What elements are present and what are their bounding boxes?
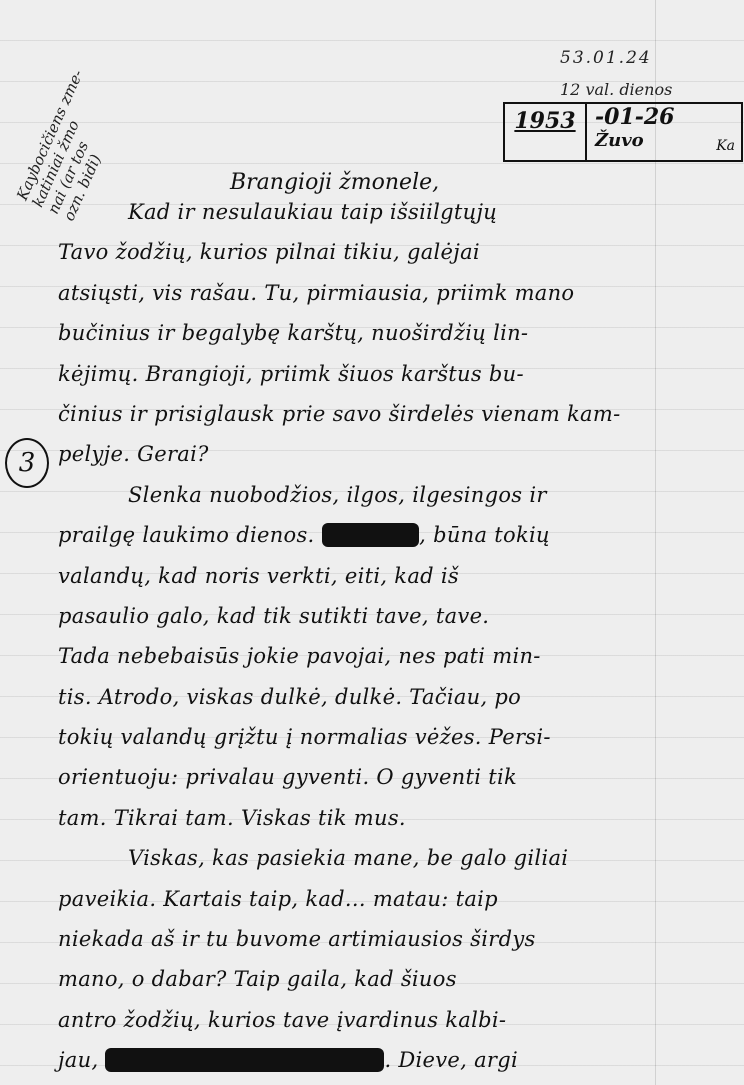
text-line: mano, o dabar? Taip gaila, kad šiuos [58, 959, 738, 999]
text-line: niekada aš ir tu buvome artimiausios šir… [58, 919, 738, 959]
text-line: pelyje. Gerai? [58, 434, 738, 474]
received-year: 1953 [505, 104, 587, 160]
letter-page: Kaybocičiens zme- katiniai žmo nai (ar t… [0, 0, 744, 1085]
text-line: jau, . Dieve, argi [58, 1040, 738, 1080]
text-line: tis. Atrodo, viskas dulkė, dulkė. Tačiau… [58, 677, 738, 717]
time-written: 12 val. dienos [560, 80, 672, 99]
received-date: -01-26 [595, 104, 741, 130]
text-line: Viskas, kas pasiekia mane, be galo gilia… [58, 838, 738, 878]
text-line: antro žodžių, kurios tave įvardinus kalb… [58, 1000, 738, 1040]
text-line: Slenka nuobodžios, ilgos, ilgesingos ir [58, 475, 738, 515]
text-line: bučinius ir begalybę karštų, nuoširdžių … [58, 313, 738, 353]
struck-out-text [105, 1048, 384, 1072]
received-signature: Ka [716, 138, 735, 154]
text-line: kėjimų. Brangioji, priimk šiuos karštus … [58, 354, 738, 394]
text-line: orientuoju: privalau gyventi. O gyventi … [58, 757, 738, 797]
date-written: 53.01.24 [560, 48, 652, 68]
text-line: valandų, kad noris verkti, eiti, kad iš [58, 556, 738, 596]
text-line: Tada nebebaisūs jokie pavojai, nes pati … [58, 636, 738, 676]
struck-out-text [322, 523, 420, 547]
page-number-circle: 3 [5, 438, 49, 488]
letter-body: Kad ir nesulaukiau taip išsiilgtųjų Tavo… [58, 192, 738, 1081]
text-line: Kad ir nesulaukiau taip išsiilgtųjų [58, 192, 738, 232]
text-line: tam. Tikrai tam. Viskas tik mus. [58, 798, 738, 838]
text-line: pasaulio galo, kad tik sutikti tave, tav… [58, 596, 738, 636]
text-line: atsiųsti, vis rašau. Tu, pirmiausia, pri… [58, 273, 738, 313]
text-line: tokių valandų grįžtu į normalias vėžes. … [58, 717, 738, 757]
received-stamp: 1953 -01-26 Žuvo Ka [503, 102, 743, 162]
text-line: Tavo žodžių, kurios pilnai tikiu, galėja… [58, 232, 738, 272]
text-line: prailgę laukimo dienos. , būna tokių [58, 515, 738, 555]
text-line: činius ir prisiglausk prie savo širdelės… [58, 394, 738, 434]
text-line: paveikia. Kartais taip, kad... matau: ta… [58, 879, 738, 919]
